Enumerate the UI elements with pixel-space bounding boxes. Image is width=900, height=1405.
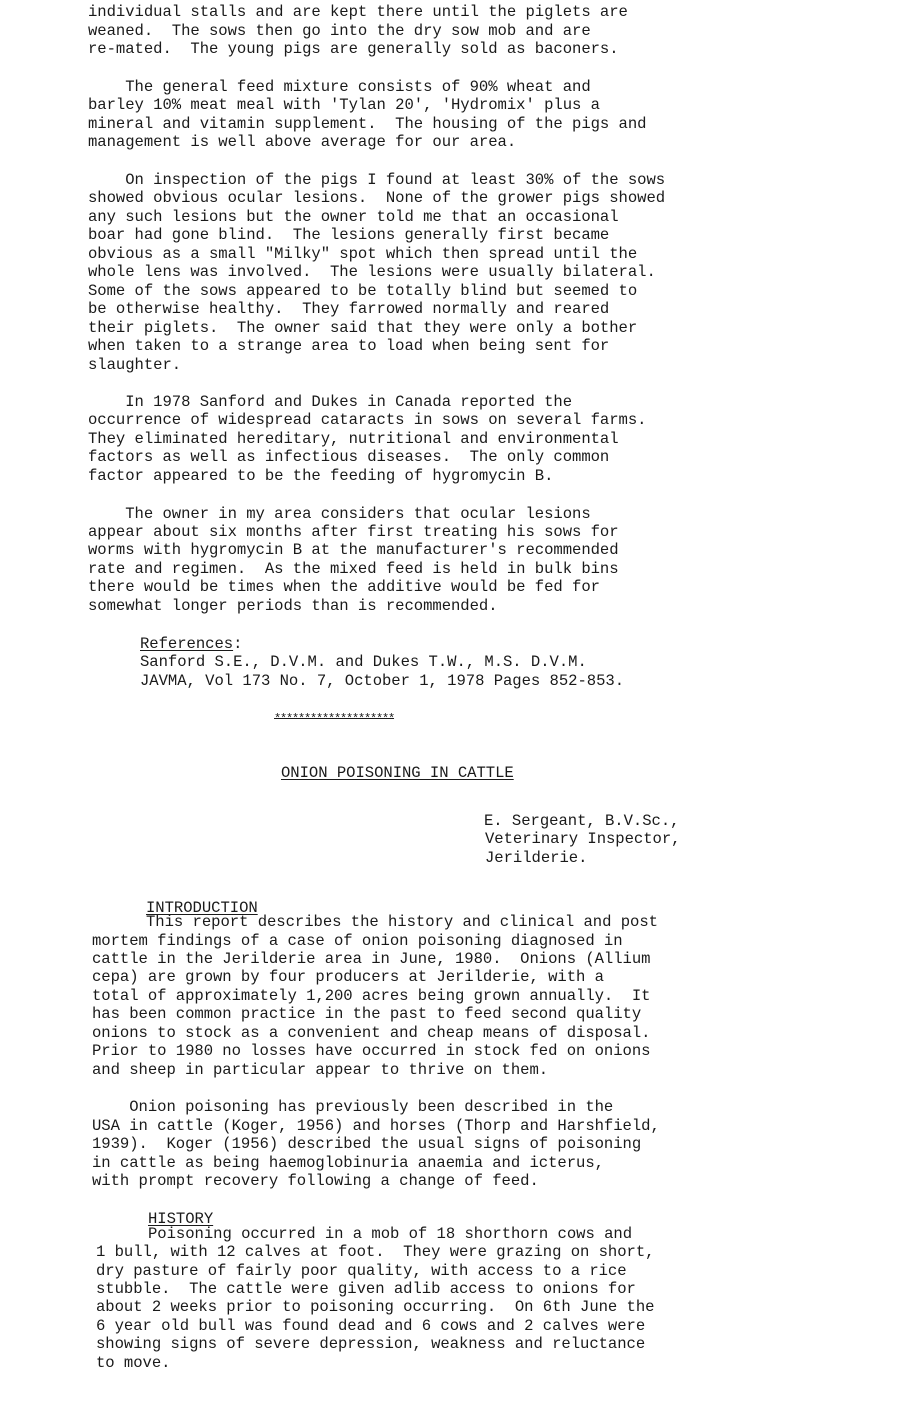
reference-line: JAVMA, Vol 173 No. 7, October 1, 1978 Pa… bbox=[140, 672, 624, 690]
text-line: to move. bbox=[96, 1354, 170, 1372]
text-line: total of approximately 1,200 acres being… bbox=[92, 987, 650, 1005]
text-line: 1 bull, with 12 calves at foot. They wer… bbox=[96, 1243, 654, 1261]
text-line: USA in cattle (Koger, 1956) and horses (… bbox=[92, 1117, 660, 1135]
reference-line: Sanford S.E., D.V.M. and Dukes T.W., M.S… bbox=[140, 653, 587, 671]
text-line: In 1978 Sanford and Dukes in Canada repo… bbox=[88, 393, 572, 411]
text-line: be otherwise healthy. They farrowed norm… bbox=[88, 300, 609, 318]
text-line: showed obvious ocular lesions. None of t… bbox=[88, 189, 665, 207]
text-line: 6 year old bull was found dead and 6 cow… bbox=[96, 1317, 645, 1335]
author-location: Jerilderie. bbox=[485, 849, 587, 867]
text-line: about 2 weeks prior to poisoning occurri… bbox=[96, 1298, 654, 1316]
text-line: 1939). Koger (1956) described the usual … bbox=[92, 1135, 641, 1153]
text-line: barley 10% meat meal with 'Tylan 20', 'H… bbox=[88, 96, 600, 114]
text-line: management is well above average for our… bbox=[88, 133, 516, 151]
text-line: Onion poisoning has previously been desc… bbox=[92, 1098, 613, 1116]
text-line: They eliminated hereditary, nutritional … bbox=[88, 430, 619, 448]
text-line: factors as well as infectious diseases. … bbox=[88, 448, 609, 466]
text-line: dry pasture of fairly poor quality, with… bbox=[96, 1262, 627, 1280]
text-line: onions to stock as a convenient and chea… bbox=[92, 1024, 650, 1042]
text-line: appear about six months after first trea… bbox=[88, 523, 619, 541]
text-line: with prompt recovery following a change … bbox=[92, 1172, 539, 1190]
text-line: Some of the sows appeared to be totally … bbox=[88, 282, 637, 300]
text-line: On inspection of the pigs I found at lea… bbox=[88, 171, 665, 189]
text-line: their piglets. The owner said that they … bbox=[88, 319, 637, 337]
text-line: Poisoning occurred in a mob of 18 shorth… bbox=[148, 1225, 632, 1243]
text-line: worms with hygromycin B at the manufactu… bbox=[88, 541, 619, 559]
text-line: boar had gone blind. The lesions general… bbox=[88, 226, 609, 244]
references-heading: References: bbox=[140, 635, 242, 653]
text-line: somewhat longer periods than is recommen… bbox=[88, 597, 498, 615]
author-name: E. Sergeant, B.V.Sc., bbox=[484, 812, 679, 830]
author-title: Veterinary Inspector, bbox=[485, 830, 680, 848]
text-line: when taken to a strange area to load whe… bbox=[88, 337, 609, 355]
text-line: showing signs of severe depression, weak… bbox=[96, 1335, 645, 1353]
text-line: cattle in the Jerilderie area in June, 1… bbox=[92, 950, 650, 968]
text-line: factor appeared to be the feeding of hyg… bbox=[88, 467, 553, 485]
text-line: there would be times when the additive w… bbox=[88, 578, 600, 596]
text-line: any such lesions but the owner told me t… bbox=[88, 208, 619, 226]
text-line: and sheep in particular appear to thrive… bbox=[92, 1061, 548, 1079]
text-line: cepa) are grown by four producers at Jer… bbox=[92, 968, 604, 986]
section-separator: ******************** bbox=[274, 712, 394, 726]
text-line: The general feed mixture consists of 90%… bbox=[88, 78, 591, 96]
text-line: rate and regimen. As the mixed feed is h… bbox=[88, 560, 619, 578]
text-line: mineral and vitamin supplement. The hous… bbox=[88, 115, 646, 133]
text-line: whole lens was involved. The lesions wer… bbox=[88, 263, 656, 281]
text-line: weaned. The sows then go into the dry so… bbox=[88, 22, 591, 40]
text-line: occurrence of widespread cataracts in so… bbox=[88, 411, 646, 429]
text-line: This report describes the history and cl… bbox=[146, 913, 658, 931]
text-line: slaughter. bbox=[88, 356, 181, 374]
text-line: has been common practice in the past to … bbox=[92, 1005, 641, 1023]
text-line: obvious as a small "Milky" spot which th… bbox=[88, 245, 637, 263]
article-title: ONION POISONING IN CATTLE bbox=[281, 764, 514, 782]
text-line: The owner in my area considers that ocul… bbox=[88, 505, 591, 523]
text-line: mortem findings of a case of onion poiso… bbox=[92, 932, 623, 950]
text-line: re-mated. The young pigs are generally s… bbox=[88, 40, 619, 58]
text-line: in cattle as being haemoglobinuria anaem… bbox=[92, 1154, 604, 1172]
text-line: stubble. The cattle were given adlib acc… bbox=[96, 1280, 636, 1298]
text-line: Prior to 1980 no losses have occurred in… bbox=[92, 1042, 650, 1060]
text-line: individual stalls and are kept there unt… bbox=[88, 3, 628, 21]
